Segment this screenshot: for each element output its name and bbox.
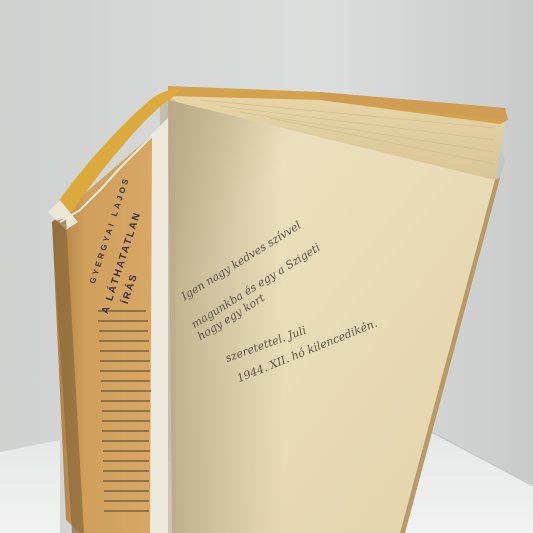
book [0, 0, 533, 533]
